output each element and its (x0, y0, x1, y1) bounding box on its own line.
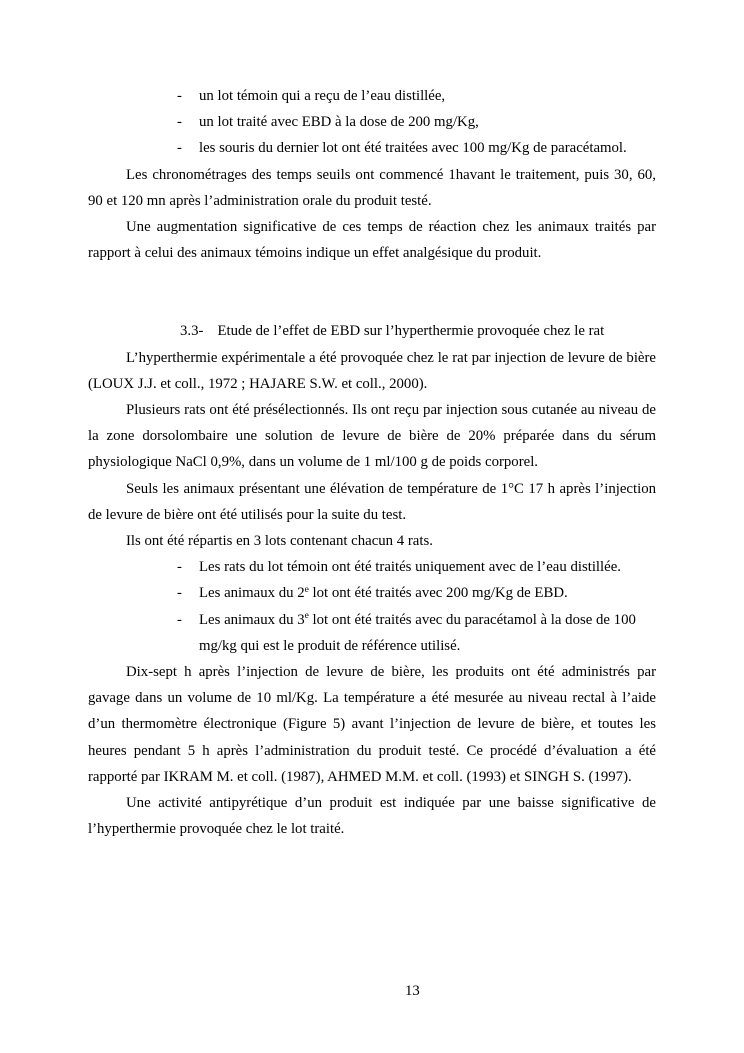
paragraph-dix-sept-heures: Dix-sept h après l’injection de levure d… (88, 659, 656, 790)
list-item: - les souris du dernier lot ont été trai… (88, 135, 656, 161)
list-item-text: un lot témoin qui a reçu de l’eau distil… (199, 88, 445, 104)
dash-bullet-icon: - (177, 83, 182, 109)
list-item: - un lot témoin qui a reçu de l’eau dist… (88, 83, 656, 109)
section-number: 3.3- (180, 318, 203, 344)
paragraph-seuls-animaux: Seuls les animaux présentant une élévati… (88, 476, 656, 528)
dash-bullet-icon: - (177, 607, 182, 633)
paragraph-augmentation: Une augmentation significative de ces te… (88, 214, 656, 266)
list-item: - un lot traité avec EBD à la dose de 20… (88, 109, 656, 135)
bullet-list-mice-lots: - un lot témoin qui a reçu de l’eau dist… (88, 83, 656, 162)
ordinal-superscript: e (305, 585, 309, 595)
list-item-text: un lot traité avec EBD à la dose de 200 … (199, 114, 479, 130)
paragraph-repartition: Ils ont été répartis en 3 lots contenant… (88, 528, 656, 554)
list-item-text: Les animaux du 2 (199, 585, 305, 601)
section-heading: 3.3-Etude de l’effet de EBD sur l’hypert… (88, 318, 656, 344)
ordinal-superscript: e (305, 611, 309, 621)
document-page: - un lot témoin qui a reçu de l’eau dist… (0, 0, 744, 1053)
list-item-text: lot ont été traités avec 200 mg/Kg de EB… (309, 585, 568, 601)
list-item: - Les animaux du 2e lot ont été traités … (88, 580, 656, 606)
page-number: 13 (405, 978, 420, 1004)
paragraph-hyperthermie: L’hyperthermie expérimentale a été provo… (88, 345, 656, 397)
section-title: Etude de l’effet de EBD sur l’hypertherm… (217, 323, 604, 339)
dash-bullet-icon: - (177, 554, 182, 580)
paragraph-rats-preselection: Plusieurs rats ont été présélectionnés. … (88, 397, 656, 476)
list-item-text: Les animaux du 3 (199, 612, 305, 628)
bullet-list-rat-lots: - Les rats du lot témoin ont été traités… (88, 554, 656, 659)
page-content: - un lot témoin qui a reçu de l’eau dist… (88, 83, 656, 842)
list-item: - Les animaux du 3e lot ont été traités … (88, 607, 656, 659)
dash-bullet-icon: - (177, 580, 182, 606)
list-item-text: Les rats du lot témoin ont été traités u… (199, 559, 621, 575)
list-item: - Les rats du lot témoin ont été traités… (88, 554, 656, 580)
paragraph-antipyretique: Une activité antipyrétique d’un produit … (88, 790, 656, 842)
list-item-text: les souris du dernier lot ont été traité… (199, 140, 627, 156)
dash-bullet-icon: - (177, 109, 182, 135)
paragraph-chronometrages: Les chronométrages des temps seuils ont … (88, 162, 656, 214)
dash-bullet-icon: - (177, 135, 182, 161)
